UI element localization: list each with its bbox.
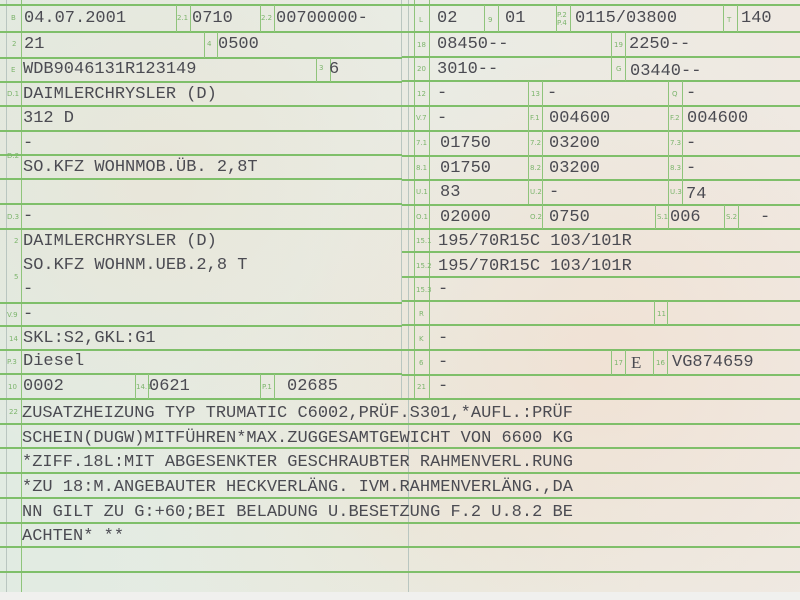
- remarks-line-2: SCHEIN(DUGW)MITFÜHREN*MAX.ZUGGESAMTGEWIC…: [22, 429, 573, 449]
- field-7-1: 01750: [440, 134, 491, 154]
- row-line: [0, 373, 402, 375]
- field-label: 22: [9, 408, 18, 416]
- col-line: [654, 301, 655, 325]
- field-V9: -: [23, 305, 33, 325]
- field-label: 15.1: [416, 237, 432, 245]
- field-15-3: -: [438, 280, 448, 300]
- col-line: [611, 350, 612, 375]
- col-line: [316, 58, 317, 82]
- field-label: 7.2: [530, 139, 541, 147]
- field-label: 17: [614, 359, 623, 367]
- field-label: V.7: [416, 114, 427, 122]
- row-line: [0, 203, 402, 205]
- field-label: U.3: [670, 188, 682, 196]
- field-E-vin: WDB9046131R123149: [23, 60, 196, 80]
- field-21: -: [438, 377, 448, 397]
- field-2-manufacturer: DAIMLERCHRYSLER (D): [23, 232, 217, 252]
- field-label: 4: [207, 40, 211, 48]
- field-S1: 006: [670, 208, 701, 228]
- col-line: [655, 205, 656, 229]
- field-D3: -: [23, 207, 33, 227]
- col-line: [667, 301, 668, 325]
- scan-edge: [0, 592, 800, 600]
- left-margin-line: [6, 0, 7, 592]
- col-line: [260, 374, 261, 399]
- col-line: [723, 5, 724, 32]
- field-label: O.2: [530, 213, 542, 221]
- field-label: R: [419, 310, 424, 318]
- field-label: 7.1: [416, 139, 427, 147]
- field-D2-line-1: 312 D: [23, 109, 74, 129]
- field-L: 02: [437, 9, 457, 29]
- col-line: [653, 350, 654, 375]
- row-line: [0, 57, 402, 59]
- field-S2: -: [760, 208, 770, 228]
- col-line: [570, 5, 571, 32]
- col-line: [724, 205, 725, 229]
- field-B-first-registration: 04.07.2001: [24, 9, 126, 29]
- field-2-2: 00700000-: [276, 9, 368, 29]
- field-14-1: 0621: [149, 377, 190, 397]
- right-label-column-line-2: [429, 0, 430, 400]
- row-line: [402, 204, 800, 206]
- field-F2: 004600: [687, 109, 748, 129]
- row-line: [0, 349, 402, 351]
- field-label: 21: [417, 383, 426, 391]
- col-line: [484, 5, 485, 32]
- row-line: [0, 178, 402, 180]
- right-label-column-line: [414, 0, 415, 400]
- row-line: [0, 105, 402, 107]
- remarks-line-6: ACHTEN* **: [22, 527, 124, 547]
- col-line: [542, 81, 543, 229]
- col-line: [274, 374, 275, 399]
- field-Q: -: [686, 84, 696, 104]
- remarks-line-3: *ZIFF.18L:MIT ABGESENKTER GESCHRAUBTER R…: [22, 453, 573, 473]
- row-line: [0, 398, 800, 400]
- field-U3: 74: [686, 185, 706, 205]
- row-line: [402, 130, 800, 132]
- field-label: V.9: [7, 311, 18, 319]
- field-label: 2.1: [177, 14, 188, 22]
- field-7-2: 03200: [549, 134, 600, 154]
- field-V7: -: [437, 109, 447, 129]
- field-8-3: -: [686, 159, 696, 179]
- row-line: [0, 228, 402, 230]
- col-line: [738, 205, 739, 229]
- row-line: [0, 4, 800, 6]
- field-label: 19: [614, 41, 623, 49]
- row-line: [0, 571, 800, 573]
- field-label: O.1: [416, 213, 428, 221]
- field-label: 13: [531, 90, 540, 98]
- field-G: 03440--: [630, 62, 701, 82]
- field-12: -: [437, 84, 447, 104]
- remarks-line-5: NN GILT ZU G:+60;BEI BELADUNG U.BESETZUN…: [22, 503, 573, 523]
- field-label: 15.2: [416, 262, 432, 270]
- field-15-2-tyres: 195/70R15C 103/101R: [438, 257, 632, 277]
- field-label: D.3: [7, 213, 19, 221]
- field-label: F.1: [530, 114, 540, 122]
- field-label: U.2: [530, 188, 542, 196]
- field-3: 6: [329, 60, 339, 80]
- field-label: D.2: [7, 152, 19, 160]
- field-U2: -: [549, 183, 559, 203]
- row-line: [402, 31, 800, 33]
- col-line: [204, 32, 205, 58]
- field-17: E: [631, 353, 641, 373]
- field-label: G: [616, 65, 621, 73]
- row-line: [402, 300, 800, 302]
- field-P1-displacement: 02685: [287, 377, 338, 397]
- col-line: [667, 350, 668, 375]
- field-18: 08450--: [437, 35, 508, 55]
- row-line: [402, 155, 800, 157]
- row-line: [402, 56, 800, 58]
- field-label: 2.2: [261, 14, 272, 22]
- col-line: [190, 5, 191, 32]
- field-4: 0500: [218, 35, 259, 55]
- field-2-1: 0710: [192, 9, 233, 29]
- field-8-2: 03200: [549, 159, 600, 179]
- field-label: D.1: [7, 90, 19, 98]
- field-label: Q: [672, 90, 678, 98]
- row-line: [0, 154, 402, 156]
- field-label: 15.3: [416, 286, 432, 294]
- field-label: P.2 P.4: [557, 11, 569, 27]
- field-label: 16: [656, 359, 665, 367]
- field-label: 8.1: [416, 164, 427, 172]
- field-label: P.1: [262, 383, 272, 391]
- field-label: U.1: [416, 188, 428, 196]
- field-label: S.2: [726, 213, 737, 221]
- row-line: [0, 31, 402, 33]
- row-line: [0, 81, 402, 83]
- field-D2-line-2: -: [23, 134, 33, 154]
- col-line: [668, 81, 669, 204]
- field-O2: 0750: [549, 208, 590, 228]
- field-5-line-1: SO.KFZ WOHNM.UEB.2,8 T: [23, 256, 247, 276]
- field-label: 10: [8, 383, 17, 391]
- field-label: E: [11, 66, 15, 74]
- row-line: [402, 349, 800, 351]
- field-label: F.2: [670, 114, 680, 122]
- field-5-line-2: -: [23, 280, 33, 300]
- col-line: [498, 5, 499, 32]
- field-label: 7.3: [670, 139, 681, 147]
- field-label: L: [419, 16, 423, 24]
- col-line: [528, 81, 529, 204]
- field-6: -: [438, 353, 448, 373]
- field-label: S.1: [657, 213, 668, 221]
- col-line: [668, 205, 669, 229]
- field-9: 01: [505, 9, 525, 29]
- field-F1: 004600: [549, 109, 610, 129]
- field-label: 5: [14, 273, 18, 281]
- remarks-line-1: ZUSATZHEIZUNG TYP TRUMATIC C6002,PRÜF.S3…: [22, 404, 573, 424]
- remarks-line-4: *ZU 18:M.ANGEBAUTER HECKVERLÄNG. IVM.RAH…: [22, 478, 573, 498]
- col-line: [625, 350, 626, 375]
- col-line: [625, 32, 626, 81]
- field-D2-line-3: SO.KFZ WOHNMOB.ÜB. 2,8T: [23, 158, 258, 178]
- col-line: [682, 81, 683, 204]
- field-label: 20: [417, 65, 426, 73]
- field-label: B: [11, 14, 16, 22]
- field-T: 140: [741, 9, 772, 29]
- field-label: 2: [14, 237, 18, 245]
- field-label: K: [419, 335, 424, 343]
- col-line: [737, 5, 738, 32]
- field-label: 3: [319, 64, 323, 72]
- row-line: [402, 80, 800, 82]
- field-label: T: [727, 16, 731, 24]
- row-line: [402, 105, 800, 107]
- field-label: 12: [417, 90, 426, 98]
- field-D1-make: DAIMLERCHRYSLER (D): [23, 85, 217, 105]
- center-fold-line: [401, 0, 402, 400]
- field-label: 8.3: [670, 164, 681, 172]
- field-8-1: 01750: [440, 159, 491, 179]
- row-line: [0, 130, 402, 132]
- field-label: 2: [12, 40, 16, 48]
- row-line: [402, 179, 800, 181]
- field-K: -: [438, 329, 448, 349]
- field-label: 11: [657, 310, 666, 318]
- field-O1: 02000: [440, 208, 491, 228]
- field-label: 8.2: [530, 164, 541, 172]
- field-label: 9: [488, 16, 492, 24]
- col-line: [274, 5, 275, 32]
- field-label: 14: [9, 335, 18, 343]
- field-16-document-number: VG874659: [672, 353, 754, 373]
- row-line: [0, 325, 402, 327]
- field-U1: 83: [440, 183, 460, 203]
- field-label: 6: [419, 359, 423, 367]
- field-13: -: [547, 84, 557, 104]
- row-line: [402, 374, 800, 376]
- row-line: [402, 324, 800, 326]
- col-line: [611, 32, 612, 81]
- field-P2-P4: 0115/03800: [575, 9, 677, 29]
- field-14: SKL:S2,GKL:G1: [23, 329, 156, 349]
- field-19: 2250--: [629, 35, 690, 55]
- field-7-3: -: [686, 134, 696, 154]
- row-line: [0, 302, 402, 304]
- field-P3-fuel: Diesel: [23, 352, 84, 372]
- row-line: [402, 228, 800, 230]
- field-label: P.3: [7, 358, 17, 366]
- field-2: 21: [24, 35, 44, 55]
- field-20: 3010--: [437, 60, 498, 80]
- field-10: 0002: [23, 377, 64, 397]
- field-15-1-tyres: 195/70R15C 103/101R: [438, 232, 632, 252]
- field-label: 18: [417, 41, 426, 49]
